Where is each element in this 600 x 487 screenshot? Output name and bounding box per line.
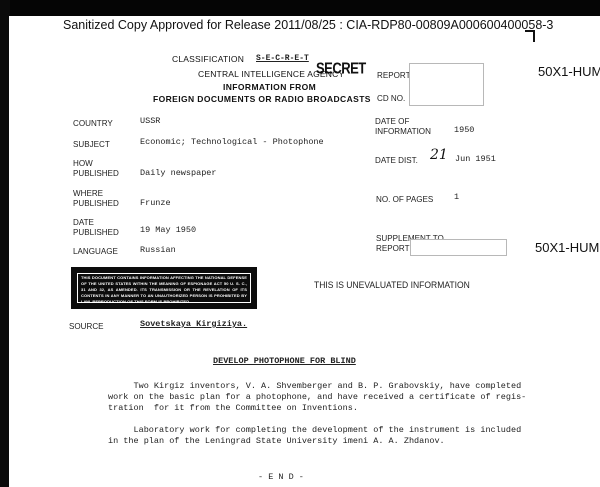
secret-stamp: SECRET (316, 59, 366, 77)
article-paragraph-2: Laboratory work for completing the devel… (108, 425, 521, 447)
country-label: COUNTRY (73, 118, 113, 128)
country-value: USSR (140, 116, 160, 126)
article-end-marker: - E N D - (258, 472, 304, 482)
where-published-value: Frunze (140, 198, 171, 208)
subject-label: SUBJECT (73, 139, 110, 149)
how-published-label-1: HOW (73, 158, 93, 168)
source-label: SOURCE (69, 321, 104, 331)
date-of-info-value: 1950 (454, 125, 474, 135)
subject-value: Economic; Technological - Photophone (140, 137, 324, 147)
language-value: Russian (140, 245, 176, 255)
article-title: DEVELOP PHOTOPHONE FOR BLIND (213, 356, 356, 366)
report-cd-no-box (409, 63, 484, 106)
date-of-info-label-2: INFORMATION (375, 126, 431, 136)
where-published-label-1: WHERE (73, 188, 103, 198)
espionage-notice-box: THIS DOCUMENT CONTAINS INFORMATION AFFEC… (71, 267, 257, 309)
date-published-label-1: DATE (73, 217, 94, 227)
date-of-info-label-1: DATE OF (375, 116, 409, 126)
report-label: REPORT (377, 70, 411, 80)
source-value: Sovetskaya Kirgiziya. (140, 319, 247, 329)
how-published-value: Daily newspaper (140, 168, 217, 178)
corner-mark (525, 30, 535, 42)
where-published-label-2: PUBLISHED (73, 198, 119, 208)
supplement-report-box (410, 239, 507, 256)
date-dist-handwritten: 21 (430, 147, 448, 163)
redaction-code-2: 50X1-HUM (535, 240, 599, 255)
unevaluated-notice: THIS IS UNEVALUATED INFORMATION (314, 280, 470, 290)
agency-line-3: FOREIGN DOCUMENTS OR RADIO BROADCASTS (153, 94, 371, 104)
release-line: Sanitized Copy Approved for Release 2011… (63, 18, 553, 32)
agency-line-2: INFORMATION FROM (223, 82, 316, 92)
redaction-code-1: 50X1-HUM (538, 64, 600, 79)
date-published-value: 19 May 1950 (140, 225, 196, 235)
how-published-label-2: PUBLISHED (73, 168, 119, 178)
document-page: Sanitized Copy Approved for Release 2011… (9, 16, 600, 487)
article-paragraph-1: Two Kirgiz inventors, V. A. Shvemberger … (108, 381, 526, 414)
pages-value: 1 (454, 192, 459, 202)
date-published-label-2: PUBLISHED (73, 227, 119, 237)
supplement-label-2: REPORT (376, 243, 410, 253)
date-dist-value: Jun 1951 (455, 154, 496, 164)
classification-label: CLASSIFICATION (172, 54, 244, 64)
date-dist-label: DATE DIST. (375, 155, 418, 165)
cd-no-label: CD NO. (377, 93, 405, 103)
pages-label: NO. OF PAGES (376, 194, 433, 204)
espionage-notice-text: THIS DOCUMENT CONTAINS INFORMATION AFFEC… (77, 273, 251, 303)
language-label: LANGUAGE (73, 246, 118, 256)
classification-value: S-E-C-R-E-T (256, 54, 309, 63)
scan-top-border (0, 0, 600, 16)
